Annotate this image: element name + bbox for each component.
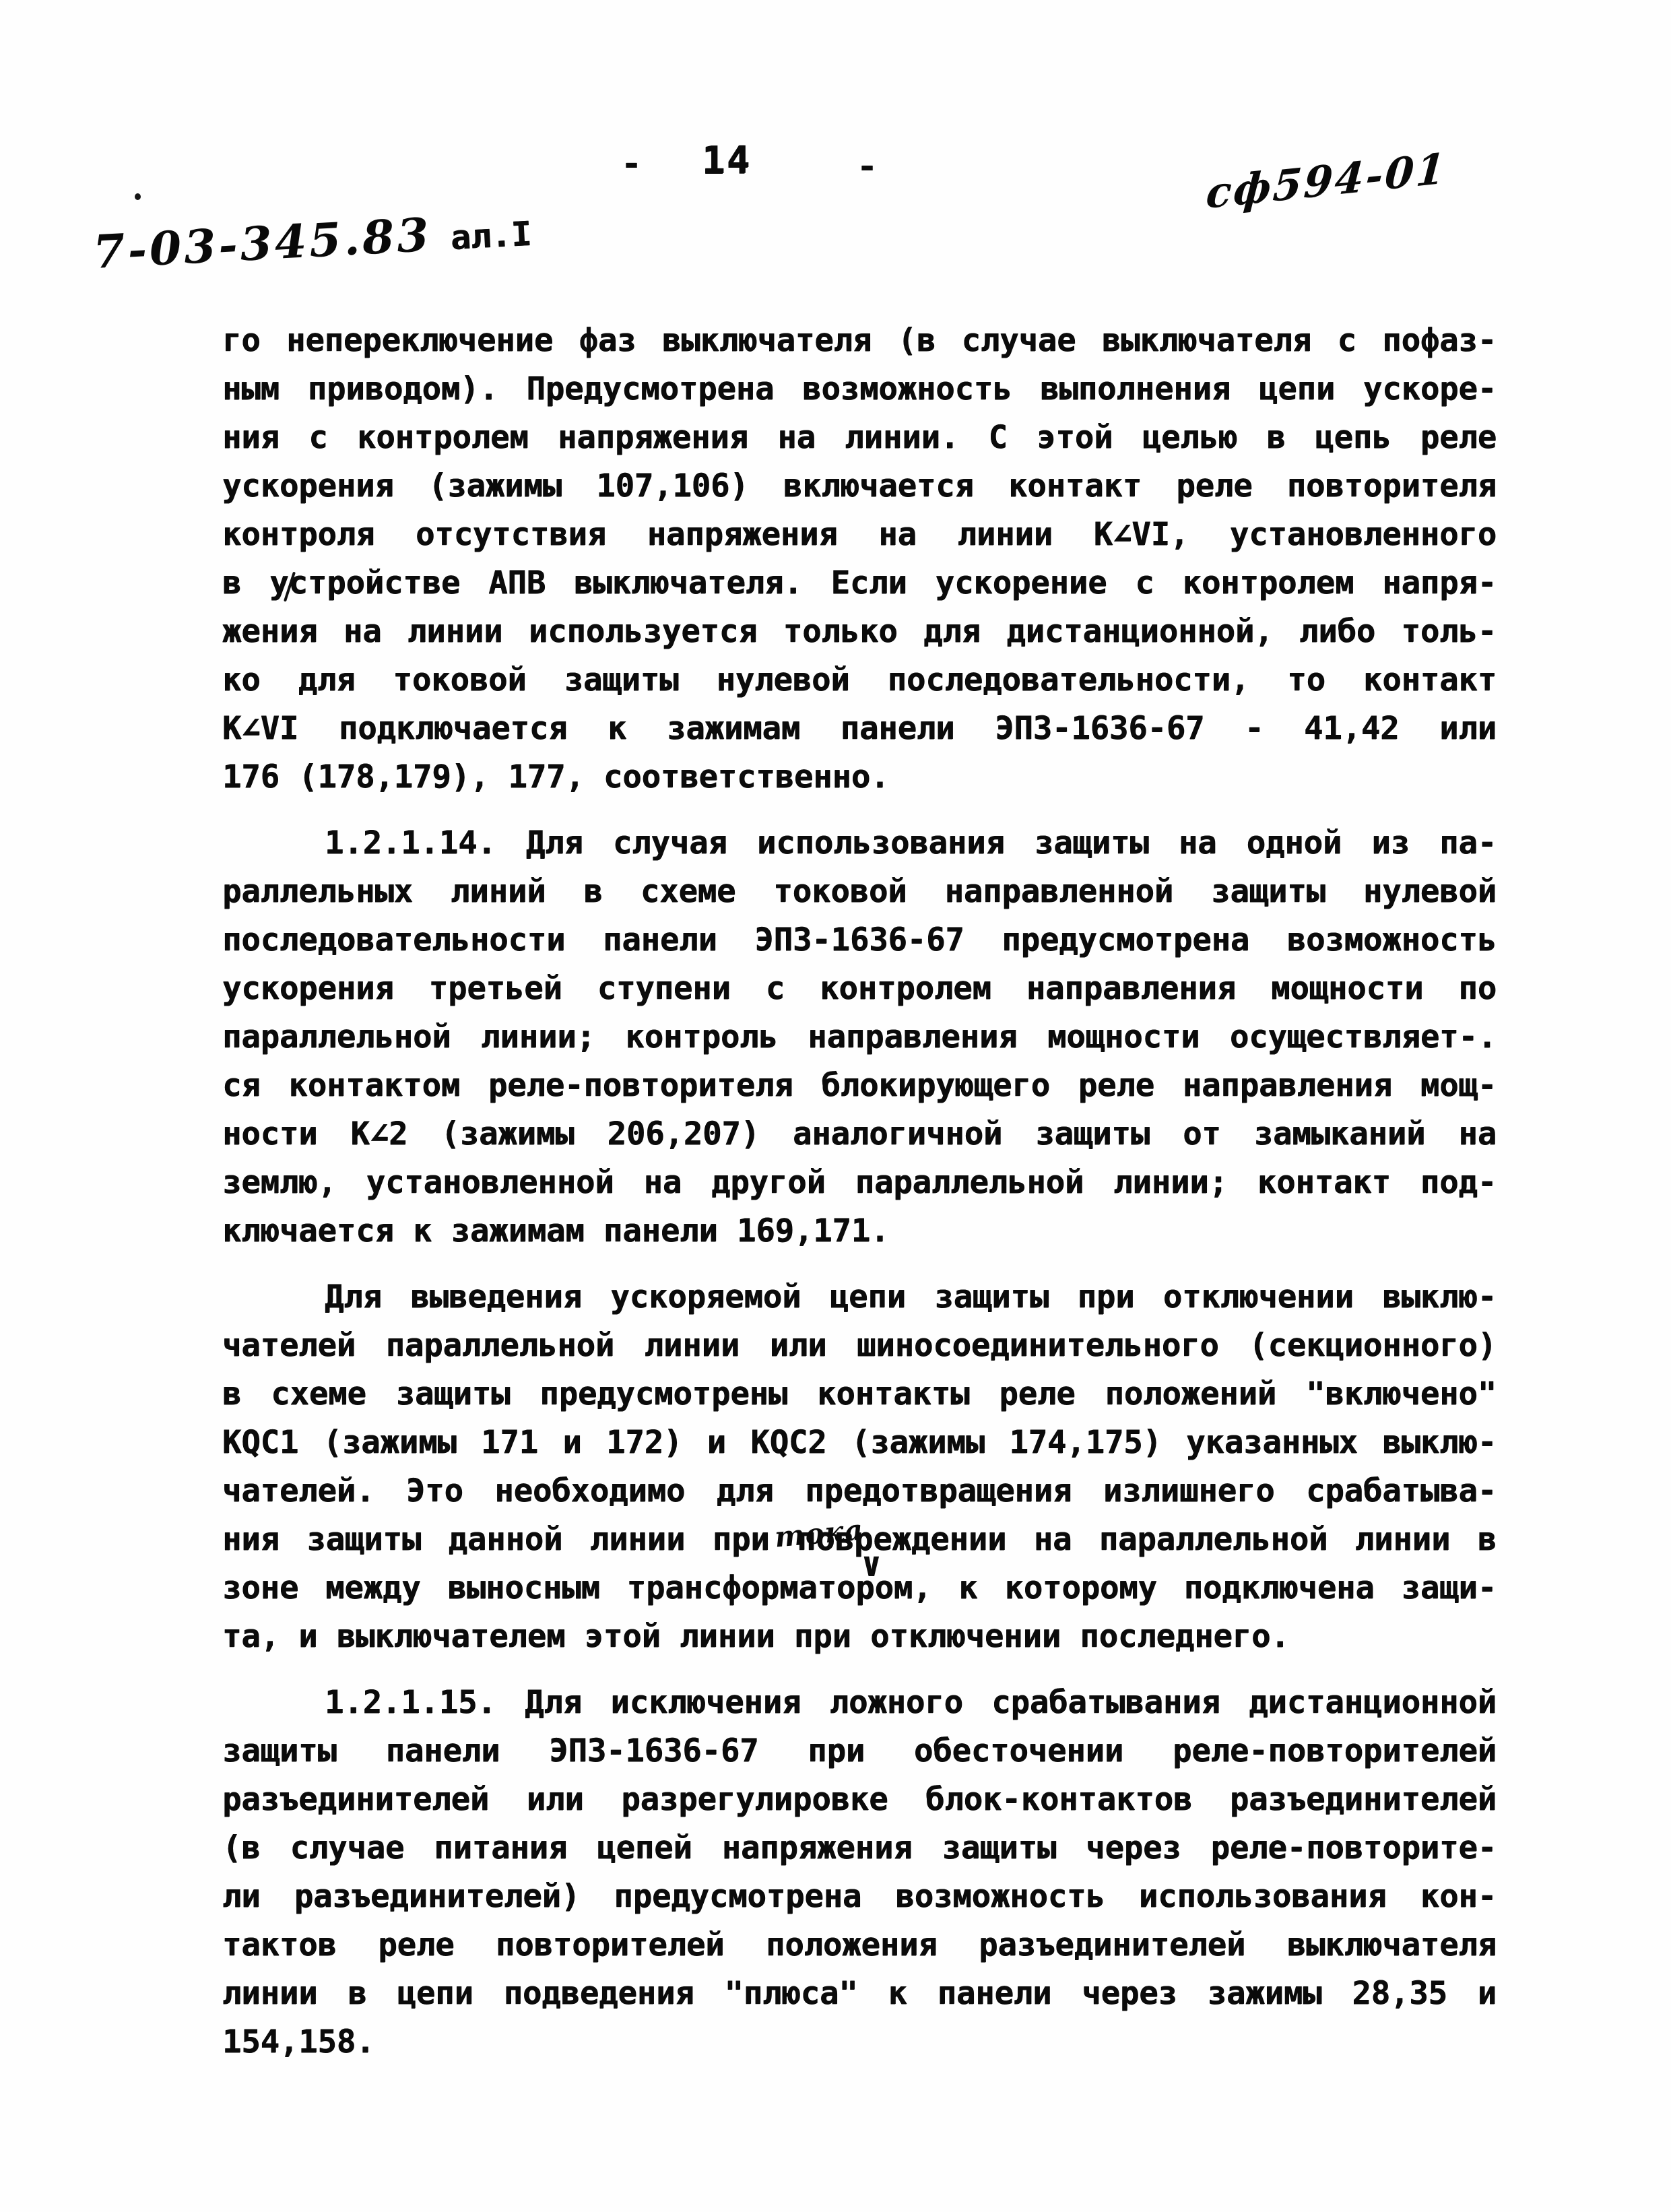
text-line: чателей. Это необходимо для предотвращен… <box>222 1467 1497 1516</box>
text-line: ключается к зажимам панели 169,171. <box>222 1207 1497 1256</box>
scanned-document-page: - 14 - сф594-01 7-03-345.83ал.I го непер… <box>0 0 1671 2212</box>
text-line: го непереключение фаз выключателя (в слу… <box>222 317 1497 365</box>
text-line: линии в цепи подведения "плюса" к панели… <box>222 1970 1497 2018</box>
handwritten-stamp: сф594-01 <box>1204 143 1448 218</box>
text-line: 176 (178,179), 177, соответственно. <box>222 753 1497 802</box>
text-line: защиты панели ЭПЗ-1636-67 при обесточени… <box>222 1727 1497 1776</box>
text-line: ным приводом). Предусмотрена возможность… <box>222 365 1497 414</box>
text-line: 1.2.1.14. Для случая использования защит… <box>222 819 1497 868</box>
text-line: последовательности панели ЭПЗ-1636-67 пр… <box>222 916 1497 965</box>
text-line: ускорения (зажимы 107,106) включается ко… <box>222 462 1497 511</box>
text-line: чателей параллельной линии или шиносоеди… <box>222 1322 1497 1370</box>
text-line: тактов реле повторителей положения разъе… <box>222 1921 1497 1970</box>
text-line: 1.2.1.15. Для исключения ложного срабаты… <box>222 1679 1497 1727</box>
paragraph: 1.2.1.14. Для случая использования защит… <box>222 819 1497 1256</box>
doc-code-number: 7-03-345.83 <box>92 208 432 280</box>
text-line: в устройстве АПВ выключателя. Если ускор… <box>222 559 1497 608</box>
text-line: контроля отсутствия напряжения на линии … <box>222 511 1497 559</box>
text-line: ности К∠2 (зажимы 206,207) аналогичной з… <box>222 1110 1497 1159</box>
text-line: землю, установленной на другой параллель… <box>222 1159 1497 1207</box>
text-line: К∠VI подключается к зажимам панели ЭПЗ-1… <box>222 705 1497 753</box>
handwritten-doc-code: 7-03-345.83ал.I <box>92 203 532 280</box>
ink-speck <box>135 193 141 200</box>
text-line: жения на линии используется только для д… <box>222 608 1497 656</box>
paragraph: 1.2.1.15. Для исключения ложного срабаты… <box>222 1679 1497 2067</box>
text-line: в схеме защиты предусмотрены контакты ре… <box>222 1370 1497 1419</box>
page-number: 14 <box>702 139 751 183</box>
text-line: ускорения третьей ступени с контролем на… <box>222 965 1497 1013</box>
text-line: параллельной линии; контроль направления… <box>222 1013 1497 1062</box>
page-number-dash-right: - <box>857 147 877 186</box>
body-text: го непереключение фаз выключателя (в слу… <box>222 317 1497 2084</box>
text-line: ли разъединителей) предусмотрена возможн… <box>222 1873 1497 1921</box>
paragraph: Для выведения ускоряемой цепи защиты при… <box>222 1273 1497 1661</box>
text-line: разъединителей или разрегулировке блок-к… <box>222 1776 1497 1824</box>
text-line: KQC1 (зажимы 171 и 172) и KQC2 (зажимы 1… <box>222 1419 1497 1467</box>
text-line: (в случае питания цепей напряжения защит… <box>222 1824 1497 1873</box>
text-line: ко для токовой защиты нулевой последоват… <box>222 656 1497 705</box>
text-line: та, и выключателем этой линии при отключ… <box>222 1613 1497 1661</box>
insert-caret-mark: ∨ <box>859 1545 884 1585</box>
text-line: Для выведения ускоряемой цепи защиты при… <box>222 1273 1497 1322</box>
text-line: раллельных линий в схеме токовой направл… <box>222 868 1497 916</box>
page-number-dash-left: - <box>621 144 641 183</box>
text-line: ся контактом реле-повторителя блокирующе… <box>222 1062 1497 1110</box>
text-line: 154,158. <box>222 2018 1497 2067</box>
paragraph: го непереключение фаз выключателя (в слу… <box>222 317 1497 802</box>
doc-code-suffix: ал.I <box>449 214 532 257</box>
text-line: ния с контролем напряжения на линии. С э… <box>222 414 1497 462</box>
